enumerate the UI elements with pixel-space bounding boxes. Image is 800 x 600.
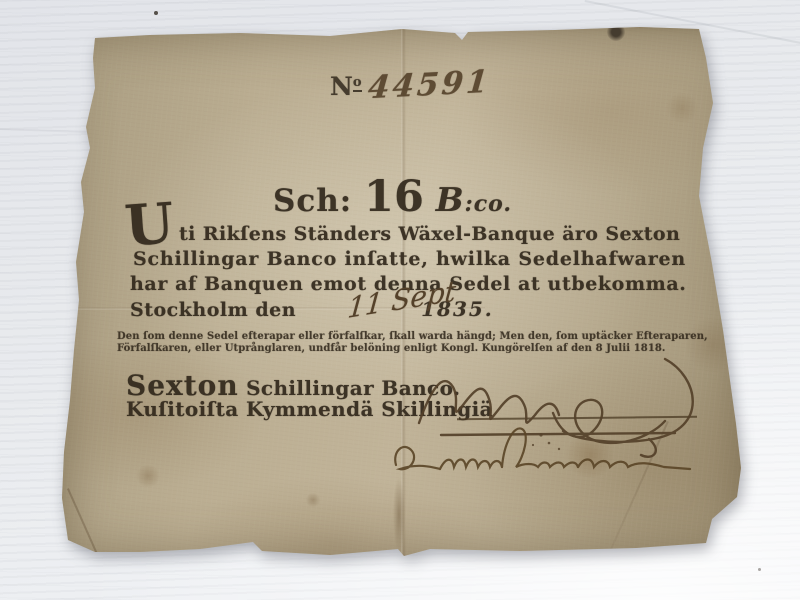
foxing-stain [665,93,699,123]
serial-prefix-sup: o [353,75,362,92]
body-text-line-1: ti Rikſens Ständers Wäxel-Banque äro Sex… [179,223,680,245]
denomination-value: 16 [364,172,424,222]
ornate-initial-letter: U [123,195,176,254]
table-speck [154,11,158,15]
handwritten-serial-number: 44591 [366,64,492,107]
denomination-header: Sch: 16 B:co. [273,172,512,222]
denomination-abbr-sch: Sch: [273,183,352,219]
ink-blot-stain [607,23,625,41]
foxing-stain [135,465,161,487]
banknote: No44591 Sch: 16 B:co. U ti Rikſens Ständ… [55,25,750,565]
serial-number-row: No44591 [330,67,490,103]
banknote-paper: No44591 Sch: 16 B:co. U ti Rikſens Ständ… [55,25,750,565]
table-speck [758,568,761,571]
foxing-stain [305,493,321,507]
serial-prefix: N [330,72,353,101]
signature-lower [388,423,718,493]
dateline-prefix: Stockholm den [130,299,296,321]
denomination-abbr-bco: B:co. [436,180,512,219]
body-text-line-2: Schillingar Banco inſatte, hwilka Sedelh… [133,248,686,270]
warning-text-line-1: Den ſom denne Sedel efterapar eller förf… [117,331,708,342]
